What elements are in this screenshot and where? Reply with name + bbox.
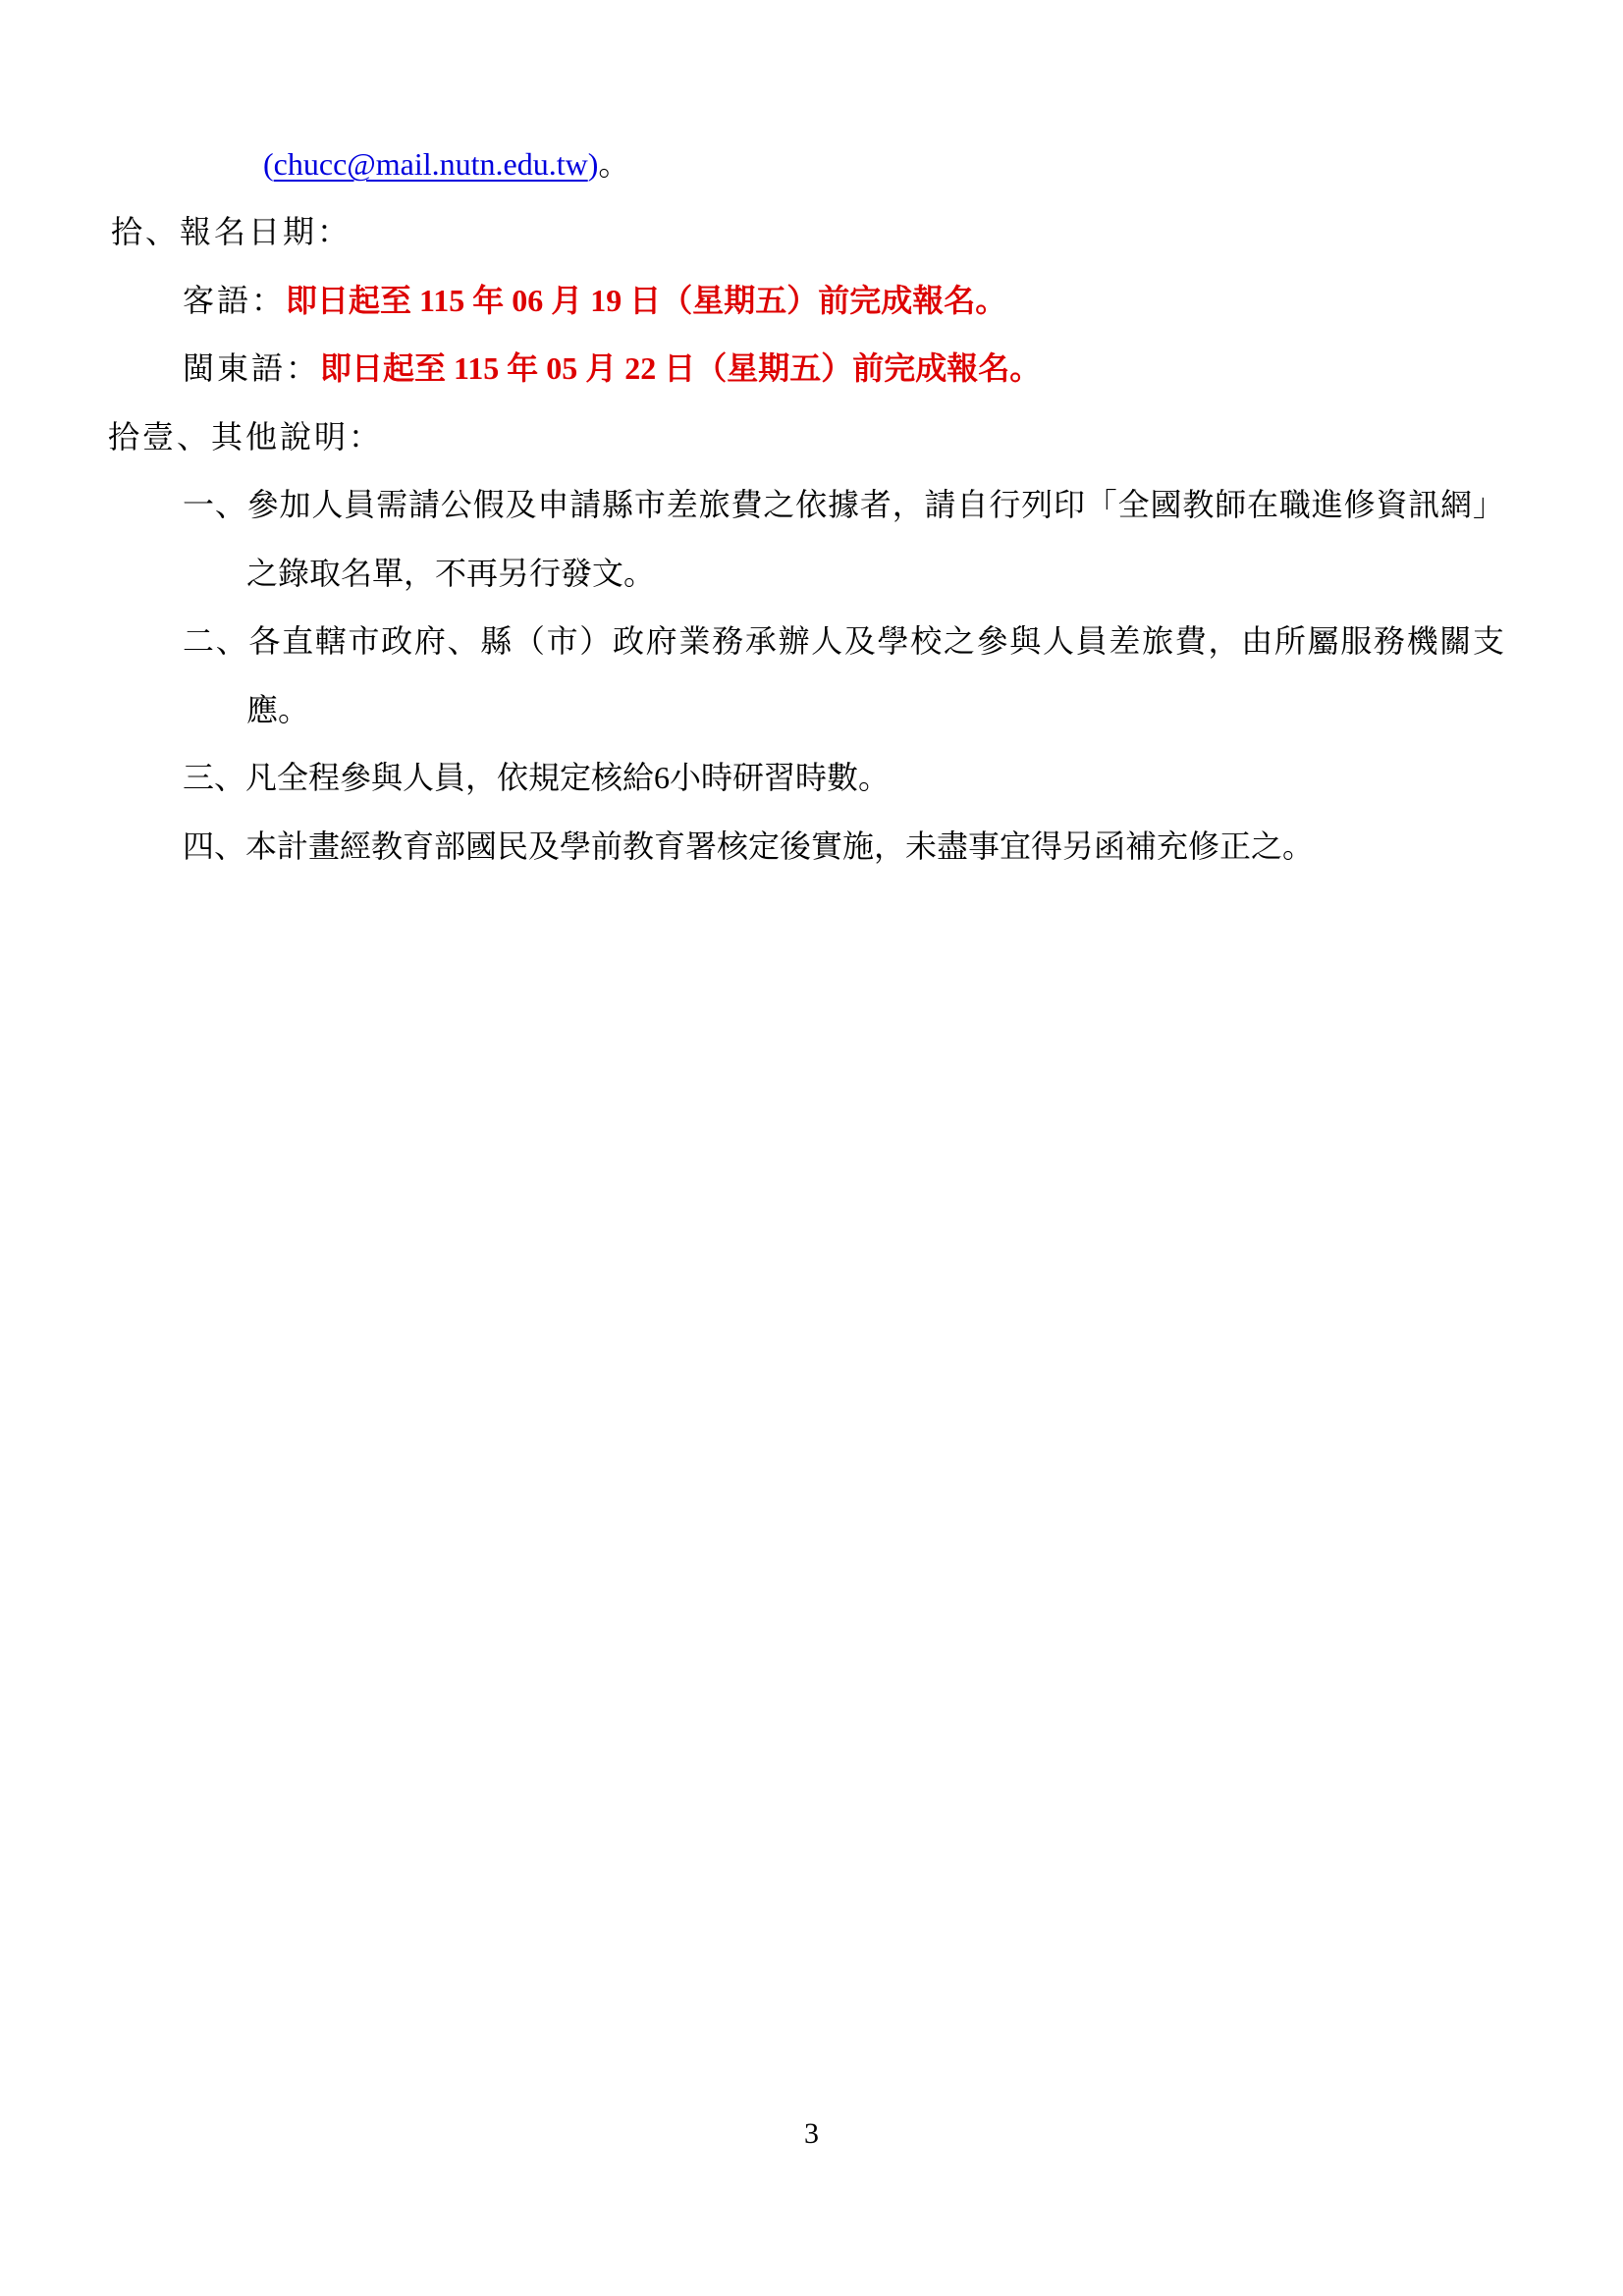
note-2-line-1: 二、各直轄市政府、縣（市）政府業務承辦人及學校之參與人員差旅費，由所屬服務機關支 <box>183 618 1504 664</box>
mindong-label: 閩東語： <box>183 350 320 386</box>
mindong-deadline-text: 即日起至 115 年 05 月 22 日（星期五）前完成報名。 <box>320 350 1041 386</box>
email-link[interactable]: chucc@mail.nutn.edu.tw <box>274 146 588 182</box>
hakka-label: 客語： <box>183 283 286 318</box>
section-10-heading: 拾、報名日期： <box>111 209 352 254</box>
email-open-paren: ( <box>263 146 274 182</box>
email-close-paren: ) <box>588 146 599 182</box>
note-4-line-1: 四、本計畫經教育部國民及學前教育署核定後實施，未盡事宜得另函補充修正之。 <box>183 824 1314 869</box>
section-11-heading: 拾壹、其他說明： <box>108 414 383 459</box>
note-1-line-1: 一、參加人員需請公假及申請縣市差旅費之依據者，請自行列印「全國教師在職進修資訊網… <box>183 482 1504 527</box>
document-page: (chucc@mail.nutn.edu.tw)。 拾、報名日期： 客語：即日起… <box>0 0 1623 2296</box>
mindong-deadline-line: 閩東語：即日起至 115 年 05 月 22 日（星期五）前完成報名。 <box>183 346 1041 391</box>
hakka-deadline-line: 客語：即日起至 115 年 06 月 19 日（星期五）前完成報名。 <box>183 278 1006 323</box>
hakka-deadline-text: 即日起至 115 年 06 月 19 日（星期五）前完成報名。 <box>286 283 1006 318</box>
email-line-period: 。 <box>598 146 629 182</box>
page-number: 3 <box>0 2112 1623 2156</box>
email-line: (chucc@mail.nutn.edu.tw)。 <box>263 141 629 187</box>
note-1-line-2: 之錄取名單，不再另行發文。 <box>246 551 655 596</box>
note-3-line-1: 三、凡全程參與人員，依規定核給6小時研習時數。 <box>183 755 890 800</box>
note-2-line-2: 應。 <box>246 687 309 732</box>
